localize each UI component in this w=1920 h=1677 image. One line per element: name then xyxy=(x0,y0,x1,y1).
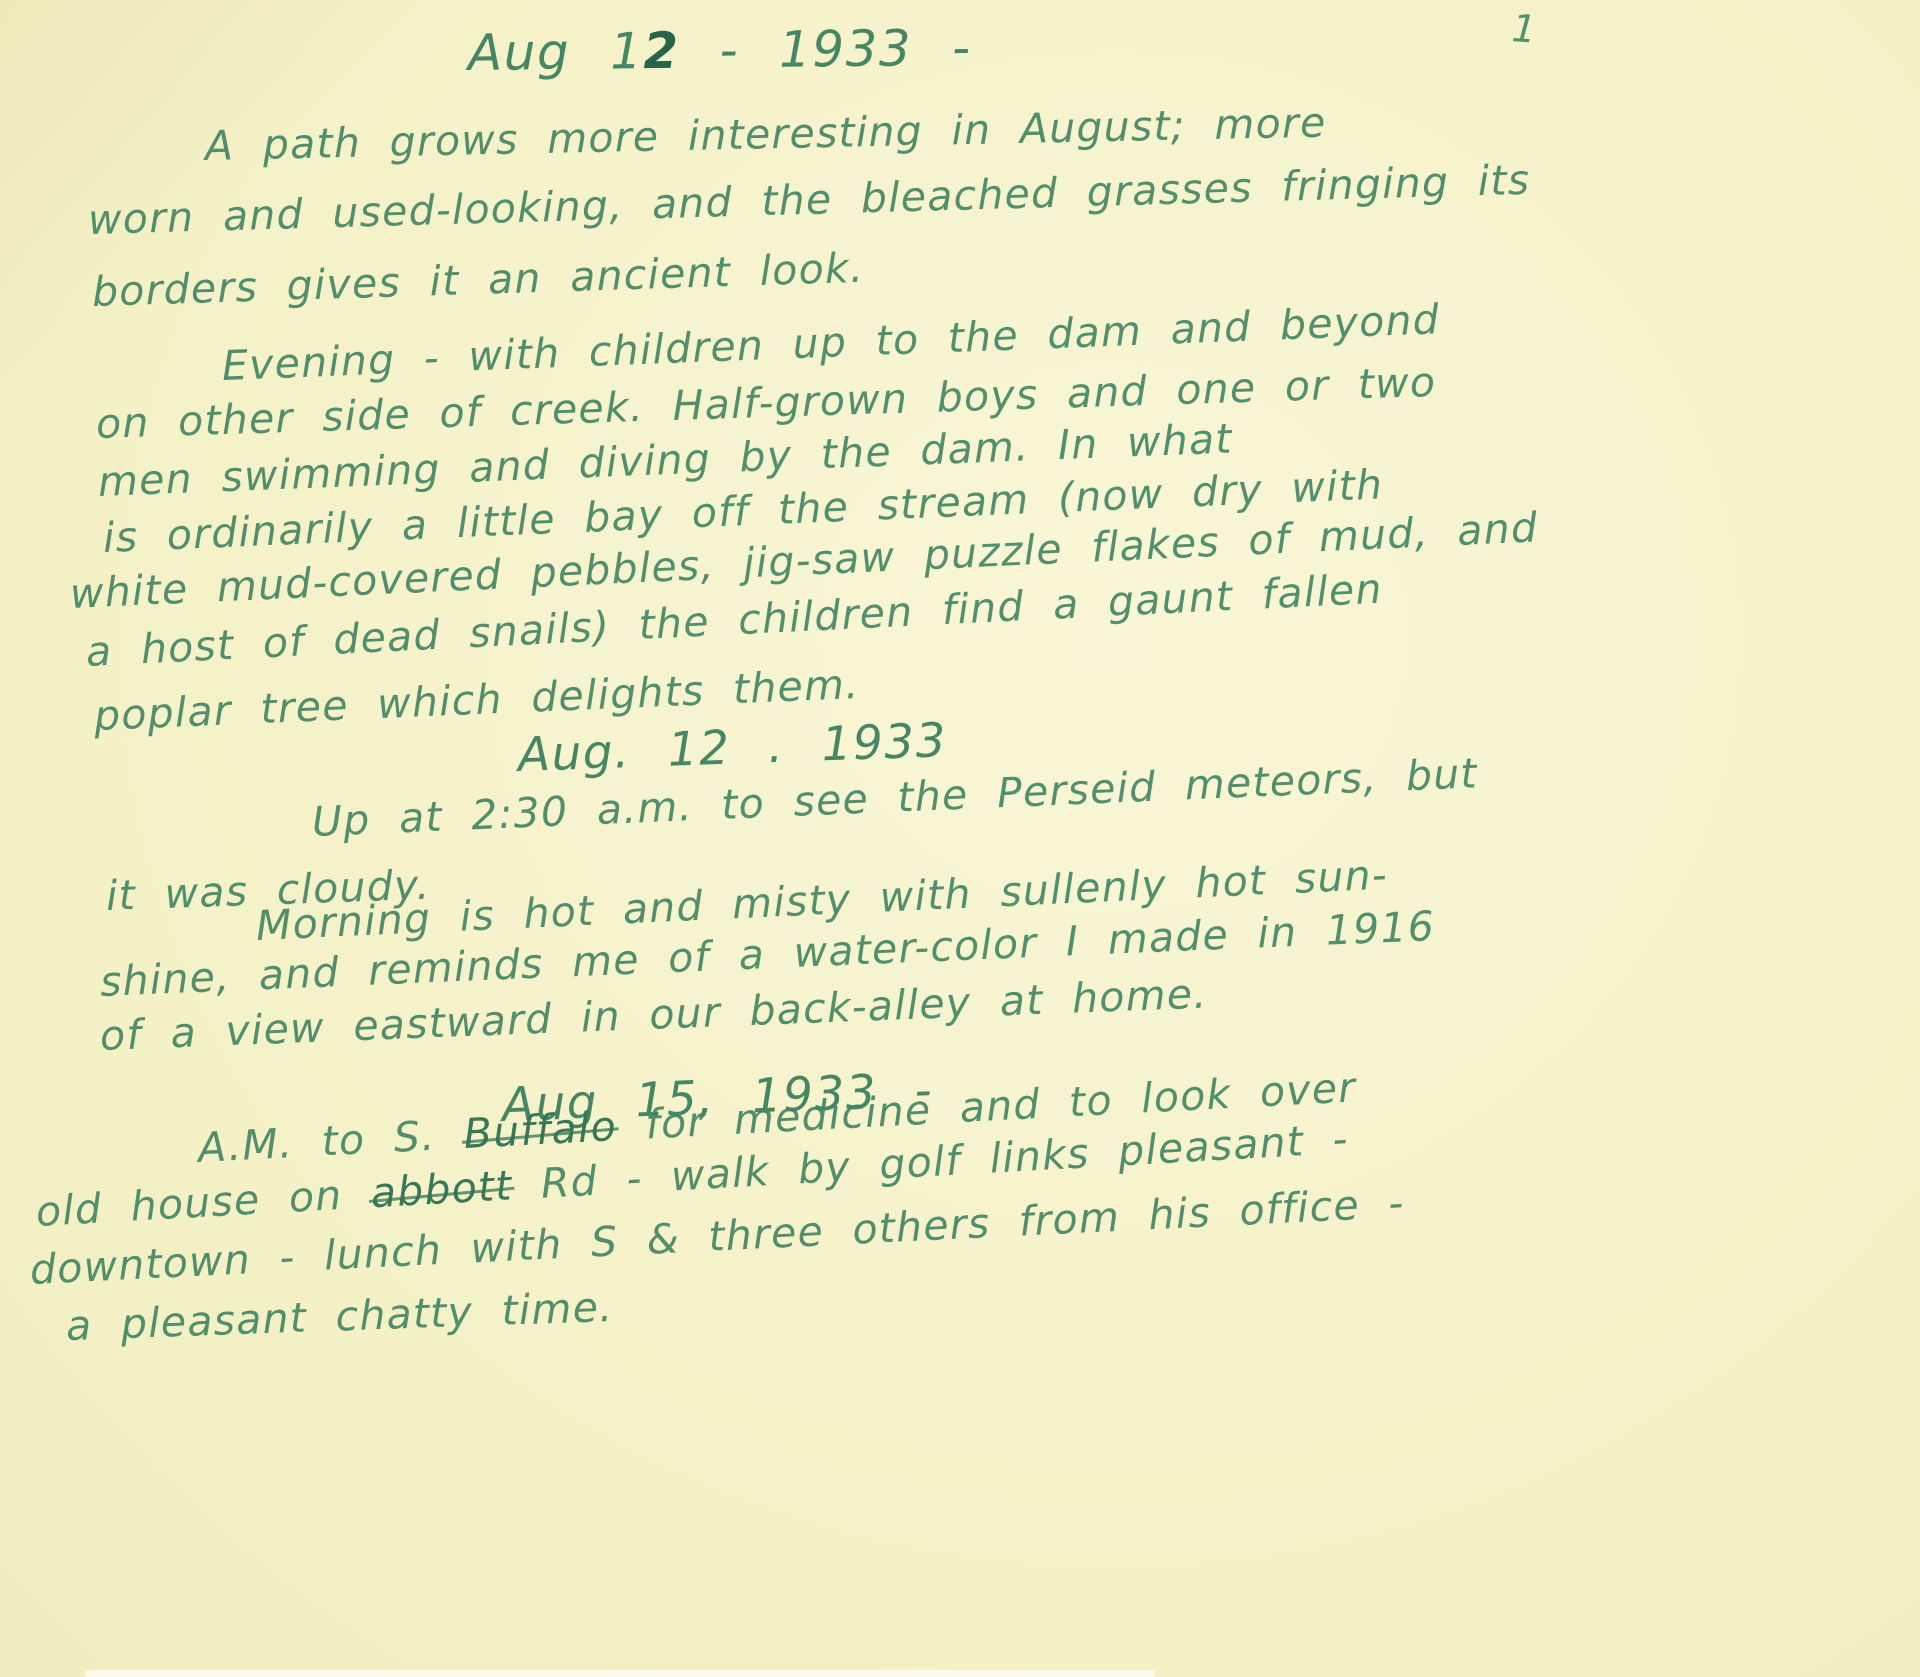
page-number: 1 xyxy=(1510,6,1538,52)
overwritten-digit: 2 xyxy=(643,22,680,80)
line-text-pre: A.M. to S. xyxy=(197,1110,465,1172)
crossed-out-word: abbott xyxy=(369,1161,513,1217)
journal-line: borders gives it an ancient look. xyxy=(91,244,865,316)
heading-text-post: - 1933 - xyxy=(679,19,972,80)
line-text-pre: old house on xyxy=(35,1169,373,1236)
heading-text-pre: Aug 1 xyxy=(468,22,644,82)
journal-page: 1 Aug 12 - 1933 - A path grows more inte… xyxy=(0,0,1920,1677)
scan-edge-artifact xyxy=(85,1670,1155,1677)
entry-date-heading: Aug 12 - 1933 - xyxy=(468,19,972,82)
crossed-out-word: Buffalo xyxy=(463,1102,619,1158)
journal-line: A path grows more interesting in August;… xyxy=(204,99,1326,170)
journal-line: a pleasant chatty time. xyxy=(65,1283,614,1350)
entry-date-heading: Aug. 12 . 1933 xyxy=(517,713,948,783)
journal-line: worn and used-looking, and the bleached … xyxy=(87,156,1531,244)
